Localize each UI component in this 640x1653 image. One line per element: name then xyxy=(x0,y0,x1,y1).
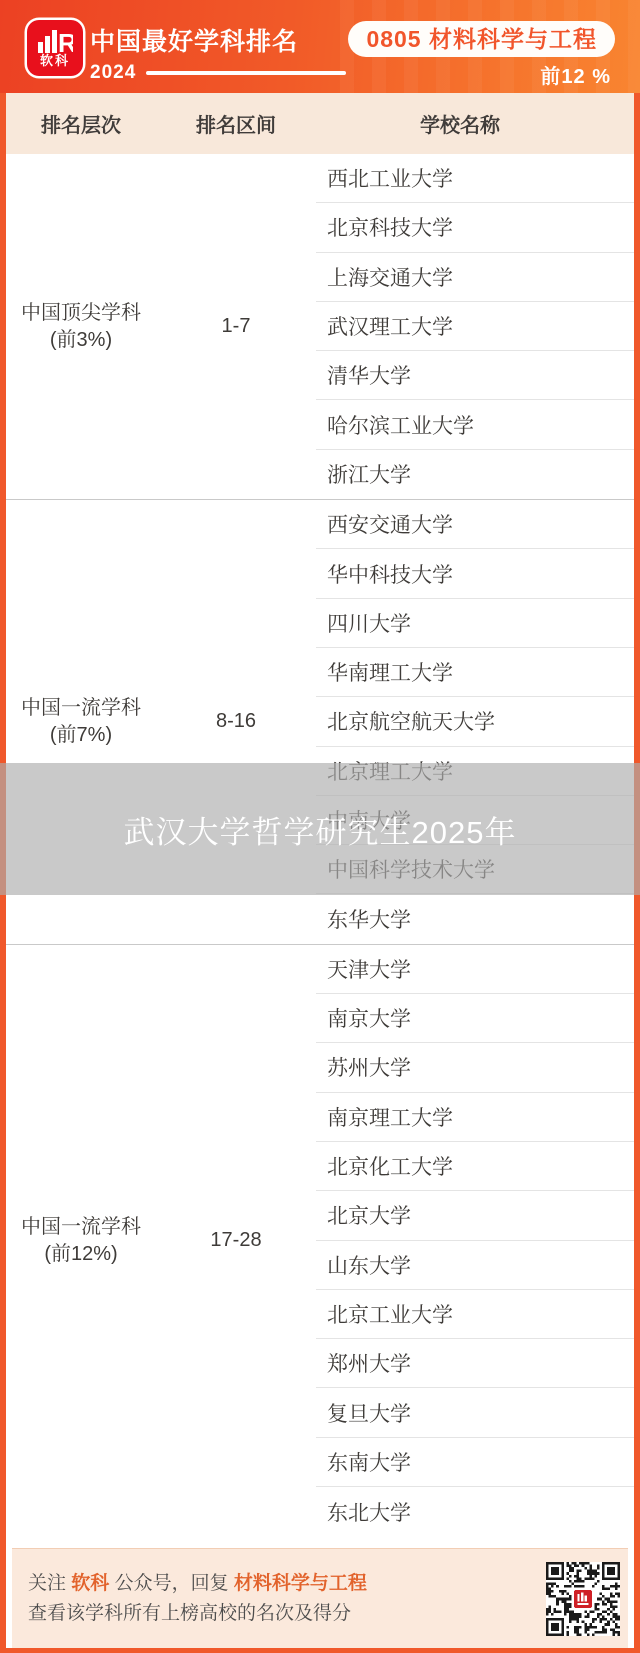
tier-name: 中国顶尖学科 xyxy=(21,300,141,327)
tier-group-top3: 中国顶尖学科 (前3%) 1-7 西北工业大学 北京科技大学 上海交通大学 武汉… xyxy=(6,154,634,499)
watermark-text: 武汉大学哲学研究生2025年 xyxy=(124,807,517,852)
page-footer: 关注 软科 公众号，回复 材料科学与工程 查看该学科所有上榜高校的名次及得分 xyxy=(12,1548,628,1648)
school-cell: 四川大学 xyxy=(316,599,634,648)
school-cell: 浙江大学 xyxy=(316,450,634,499)
school-cell: 东华大学 xyxy=(316,894,634,943)
school-cell: 山东大学 xyxy=(316,1241,634,1290)
school-cell: 北京科技大学 xyxy=(316,203,634,252)
logo-bars-icon: R xyxy=(37,29,73,54)
tier-percent: (前12%) xyxy=(44,1241,117,1268)
qr-code-icon xyxy=(546,1562,620,1636)
school-cell: 北京大学 xyxy=(316,1191,634,1240)
footer-line-2: 查看该学科所有上榜高校的名次及得分 xyxy=(28,1599,546,1629)
school-cell: 北京化工大学 xyxy=(316,1142,634,1191)
footer-text: 关注 软科 公众号，回复 材料科学与工程 查看该学科所有上榜高校的名次及得分 xyxy=(28,1569,546,1629)
tier-name: 中国一流学科 xyxy=(21,695,141,722)
school-cell: 华中科技大学 xyxy=(316,549,634,598)
logo-brand-text: 软科 xyxy=(40,54,70,68)
school-cell: 上海交通大学 xyxy=(316,253,634,302)
footer-line-1: 关注 软科 公众号，回复 材料科学与工程 xyxy=(28,1569,546,1599)
tier-name: 中国一流学科 xyxy=(21,1214,141,1241)
school-cell: 郑州大学 xyxy=(316,1339,634,1388)
school-cell: 北京工业大学 xyxy=(316,1290,634,1339)
footer-brand: 软科 xyxy=(71,1573,109,1594)
year-underline xyxy=(146,71,346,75)
school-cell: 华南理工大学 xyxy=(316,648,634,697)
tier-percent: (前7%) xyxy=(50,722,112,749)
school-cell: 南京大学 xyxy=(316,994,634,1043)
ranking-infographic: R 软科 中国最好学科排名 2024 0805 材料科学与工程 前12 % 排名… xyxy=(0,0,640,1653)
col-header-tier: 排名层次 xyxy=(6,109,156,138)
school-cell: 东北大学 xyxy=(316,1487,634,1536)
percent-badge: 前12 % xyxy=(540,60,611,89)
watermark-overlay: 武汉大学哲学研究生2025年 xyxy=(0,763,640,895)
tier-group-top12: 中国一流学科 (前12%) 17-28 天津大学 南京大学 苏州大学 南京理工大… xyxy=(6,944,634,1537)
subject-badge: 0805 材料科学与工程 xyxy=(348,21,615,57)
school-cell: 苏州大学 xyxy=(316,1043,634,1092)
table-header: 排名层次 排名区间 学校名称 xyxy=(6,93,634,154)
col-header-range: 排名区间 xyxy=(156,109,316,138)
ranking-title: 中国最好学科排名 xyxy=(90,27,346,57)
bottom-border xyxy=(0,1648,640,1653)
school-cell: 武汉理工大学 xyxy=(316,302,634,351)
school-cell: 哈尔滨工业大学 xyxy=(316,400,634,449)
school-list: 西北工业大学 北京科技大学 上海交通大学 武汉理工大学 清华大学 哈尔滨工业大学… xyxy=(316,154,634,499)
brand-logo: R 软科 xyxy=(27,20,83,76)
school-cell: 东南大学 xyxy=(316,1438,634,1487)
school-cell: 西安交通大学 xyxy=(316,500,634,549)
col-header-school: 学校名称 xyxy=(316,109,634,138)
logo-letter: R xyxy=(58,29,73,54)
school-list: 天津大学 南京大学 苏州大学 南京理工大学 北京化工大学 北京大学 山东大学 北… xyxy=(316,945,634,1537)
ranking-year: 2024 xyxy=(90,62,136,84)
footer-line1-mid: 公众号，回复 xyxy=(109,1573,234,1594)
footer-subject: 材料科学与工程 xyxy=(234,1573,367,1594)
range-cell: 17-28 xyxy=(156,945,316,1537)
school-cell: 北京航空航天大学 xyxy=(316,697,634,746)
tier-percent: (前3%) xyxy=(50,327,112,354)
school-cell: 复旦大学 xyxy=(316,1388,634,1437)
footer-line1-prefix: 关注 xyxy=(28,1573,71,1594)
app-header: R 软科 中国最好学科排名 2024 0805 材料科学与工程 前12 % xyxy=(0,0,640,93)
tier-cell: 中国顶尖学科 (前3%) xyxy=(6,154,156,499)
range-cell: 1-7 xyxy=(156,154,316,499)
school-cell: 西北工业大学 xyxy=(316,154,634,203)
year-row: 2024 xyxy=(90,62,346,84)
school-cell: 清华大学 xyxy=(316,351,634,400)
tier-cell: 中国一流学科 (前12%) xyxy=(6,945,156,1537)
school-cell: 南京理工大学 xyxy=(316,1093,634,1142)
school-cell: 天津大学 xyxy=(316,945,634,994)
title-block: 中国最好学科排名 2024 xyxy=(90,27,346,84)
